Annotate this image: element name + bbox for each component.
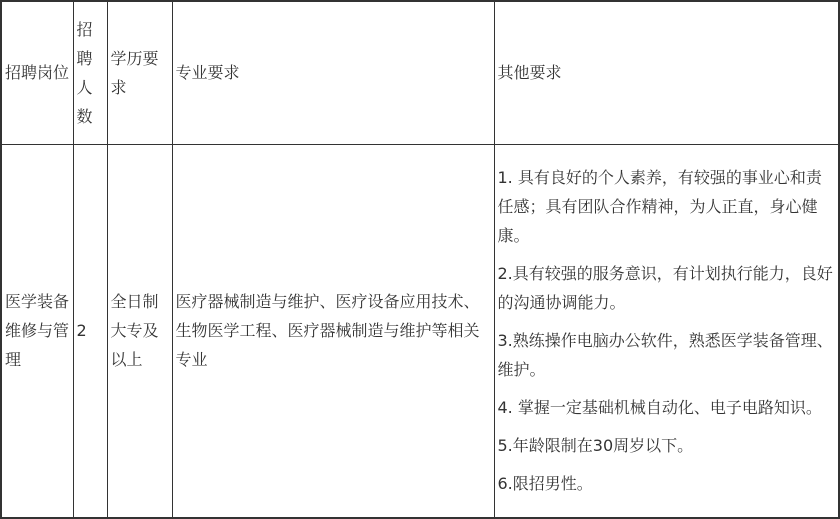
requirement-item: 1. 具有良好的个人素养，有较强的事业心和责任感；具有团队合作精神，为人正直，身… xyxy=(498,163,836,250)
recruitment-table-page: 招聘岗位 招聘人数 学历要求 专业要求 其他要求 医学装备维修与管理 2 全日制… xyxy=(0,0,840,519)
header-education: 学历要求 xyxy=(107,1,172,144)
requirement-item: 5.年龄限制在30周岁以下。 xyxy=(498,431,836,460)
header-other-requirements: 其他要求 xyxy=(494,1,839,144)
header-position: 招聘岗位 xyxy=(1,1,73,144)
cell-major: 医疗器械制造与维护、医疗设备应用技术、生物医学工程、医疗器械制造与维护等相关专业 xyxy=(172,144,494,518)
requirement-item: 2.具有较强的服务意识，有计划执行能力，良好的沟通协调能力。 xyxy=(498,259,836,317)
table-row: 医学装备维修与管理 2 全日制大专及以上 医疗器械制造与维护、医疗设备应用技术、… xyxy=(1,144,839,518)
cell-position: 医学装备维修与管理 xyxy=(1,144,73,518)
recruitment-table: 招聘岗位 招聘人数 学历要求 专业要求 其他要求 医学装备维修与管理 2 全日制… xyxy=(0,0,840,519)
table-header-row: 招聘岗位 招聘人数 学历要求 专业要求 其他要求 xyxy=(1,1,839,144)
requirement-item: 4. 掌握一定基础机械自动化、电子电路知识。 xyxy=(498,393,836,422)
cell-education: 全日制大专及以上 xyxy=(107,144,172,518)
cell-other-requirements: 1. 具有良好的个人素养，有较强的事业心和责任感；具有团队合作精神，为人正直，身… xyxy=(494,144,839,518)
cell-headcount: 2 xyxy=(73,144,107,518)
header-headcount: 招聘人数 xyxy=(73,1,107,144)
header-major: 专业要求 xyxy=(172,1,494,144)
requirement-item: 3.熟练操作电脑办公软件，熟悉医学装备管理、维护。 xyxy=(498,326,836,384)
requirement-item: 6.限招男性。 xyxy=(498,469,836,498)
